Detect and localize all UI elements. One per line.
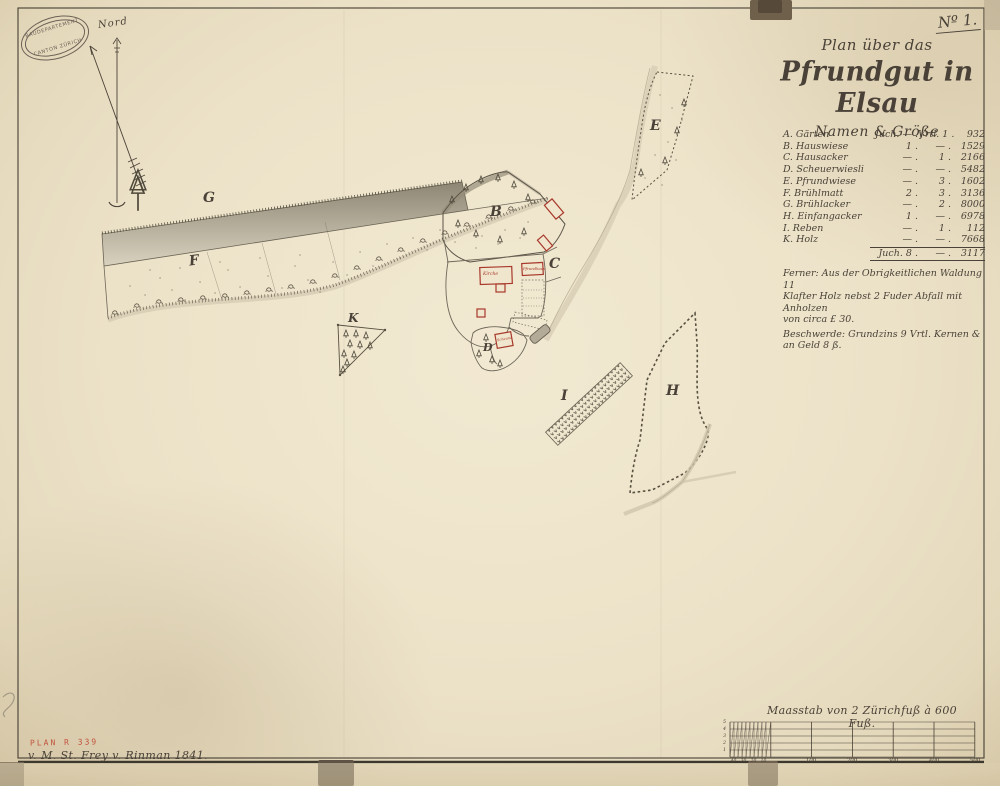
table-row: A. GärtenJuch. — .Vrtl. 1 .932 [783, 129, 985, 141]
stream-east [546, 66, 655, 340]
table-row: F. Brühlmatt2 .3 .3136 [783, 188, 985, 200]
plan-number-stamp: PLAN R 339 [30, 737, 98, 747]
north-arrow [90, 38, 146, 207]
note-line: Beschwerde: Grundzins 9 Vrtl. Kernen & [783, 329, 989, 341]
parcel-label-C: C [549, 256, 560, 272]
parcel-H [624, 313, 736, 514]
note-line: Klafter Holz nebst 2 Fuder Abfall mit An… [783, 291, 989, 314]
building-label-parsonage: Pfrundhaus [523, 266, 545, 271]
table-row: K. Holz— .— .7668 [783, 234, 985, 246]
table-row: G. Brühlacker— .2 .8000 [783, 199, 985, 211]
parcel-label-F: F [188, 252, 200, 269]
scale-title: Maasstab von 2 Zürichfuß à 600 Fuß. [762, 704, 962, 730]
title-line2: Pfrundgut in Elsau [768, 57, 986, 120]
note-line: an Geld 8 ß. [783, 340, 989, 352]
building-label-church: Kirche [483, 272, 498, 277]
table-total-row: Juch. 8 . — . 3117 [783, 247, 985, 261]
title-block: Nº 1. Plan über das Pfrundgut in Elsau N… [768, 12, 986, 140]
parcel-label-D: D [483, 341, 493, 354]
table-row: D. Scheuerwiesli— .— .5482 [783, 164, 985, 176]
parcel-table: A. GärtenJuch. — .Vrtl. 1 .932 B. Hauswi… [783, 129, 985, 261]
note-line: von circa £ 30. [783, 314, 989, 326]
surveyor-signature: v. M. St. Frey v. Rinman 1841. [28, 749, 208, 762]
notes-block: Ferner: Aus der Obrigkeitlichen Waldung … [783, 268, 989, 352]
scale-side-label: 3 [721, 734, 728, 739]
scale-side-label: 2 [721, 741, 728, 746]
parcel-I-vineyard [546, 363, 633, 446]
parcel-label-B: B [490, 204, 502, 220]
pencil-mark [3, 693, 14, 717]
archive-number: Nº 1. [934, 10, 981, 34]
scale-side-label: 4 [721, 727, 728, 732]
parcel-label-I: I [561, 388, 568, 404]
table-row: H. Einfangacker1 .— .6978 [783, 211, 985, 223]
table-row: E. Pfrundwiese— .3 .1602 [783, 176, 985, 188]
parcel-label-E: E [650, 118, 661, 134]
table-row: C. Hausacker— .1 .2166 [783, 152, 985, 164]
parcel-label-K: K [348, 311, 358, 325]
parcel-label-G: G [203, 190, 215, 206]
scale-side-label: 5 [721, 720, 728, 725]
note-line: Ferner: Aus der Obrigkeitlichen Waldung … [783, 268, 989, 291]
parcel-label-H: H [666, 383, 679, 399]
scale-side-label: 1 [721, 748, 728, 753]
title-line1: Plan über das [768, 36, 986, 54]
table-row: B. Hauswiese1 .— .1529 [783, 141, 985, 153]
table-row: I. Reben— .1 .112 [783, 223, 985, 235]
sheet-bottom-edge [0, 763, 1000, 786]
